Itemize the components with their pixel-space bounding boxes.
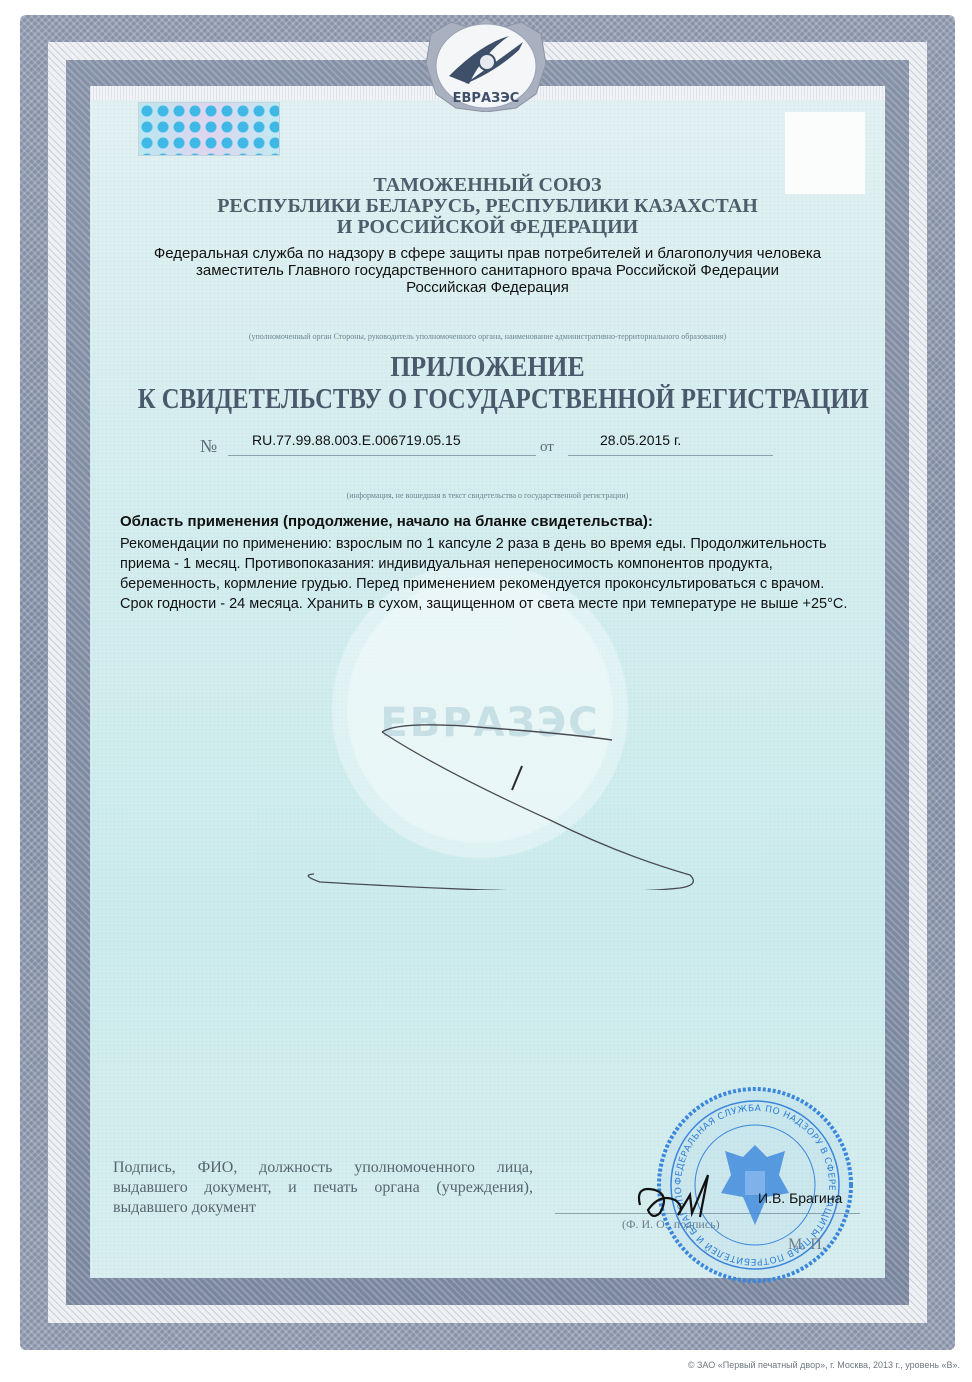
registration-number: RU.77.99.88.003.E.006719.05.15 (252, 432, 461, 448)
printer-copyright: © ЗАО «Первый печатный двор», г. Москва,… (688, 1360, 960, 1370)
agency-line-3: Российская Федерация (90, 279, 885, 296)
stamp-place-mark: М. П. (788, 1236, 826, 1254)
date-prefix: от (540, 439, 554, 456)
registration-date: 28.05.2015 г. (600, 432, 681, 448)
evrazes-emblem-icon: ЕВРАЗЭС (421, 14, 551, 112)
hologram-sticker (138, 102, 280, 156)
agency-line-1: Федеральная служба по надзору в сфере за… (90, 245, 885, 262)
application-scope-section: Область применения (продолжение, начало … (120, 512, 860, 614)
registration-caption: (информация, не вошедшая в текст свидете… (90, 491, 885, 500)
date-underline (568, 455, 773, 456)
application-scope-text: Рекомендации по применению: взрослым по … (120, 534, 860, 614)
union-header: ТАМОЖЕННЫЙ СОЮЗ РЕСПУБЛИКИ БЕЛАРУСЬ, РЕС… (90, 175, 885, 238)
signature-label: Подпись, ФИО, должность уполномоченного … (113, 1158, 533, 1218)
registration-row: № RU.77.99.88.003.E.006719.05.15 от 28.0… (200, 430, 780, 460)
application-scope-heading: Область применения (продолжение, начало … (120, 512, 860, 532)
document-title-line-1: ПРИЛОЖЕНИЕ (122, 352, 853, 384)
agency-block: Федеральная служба по надзору в сфере за… (90, 245, 885, 296)
union-line-1: ТАМОЖЕННЫЙ СОЮЗ (90, 175, 885, 196)
signature-icon (630, 1165, 740, 1225)
large-signature-scribble (290, 670, 710, 890)
document-title-line-2: К СВИДЕТЕЛЬСТВУ О ГОСУДАРСТВЕННОЙ РЕГИСТ… (138, 384, 838, 416)
union-line-3: И РОССИЙСКОЙ ФЕДЕРАЦИИ (90, 217, 885, 238)
number-sign: № (200, 436, 217, 457)
signer-name: И.В. Брагина (758, 1190, 842, 1206)
number-underline (228, 455, 536, 456)
agency-line-2: заместитель Главного государственного са… (90, 262, 885, 279)
agency-caption: (уполномоченный орган Стороны, руководит… (90, 332, 885, 341)
svg-text:ЕВРАЗЭС: ЕВРАЗЭС (453, 91, 520, 106)
union-line-2: РЕСПУБЛИКИ БЕЛАРУСЬ, РЕСПУБЛИКИ КАЗАХСТА… (90, 196, 885, 217)
